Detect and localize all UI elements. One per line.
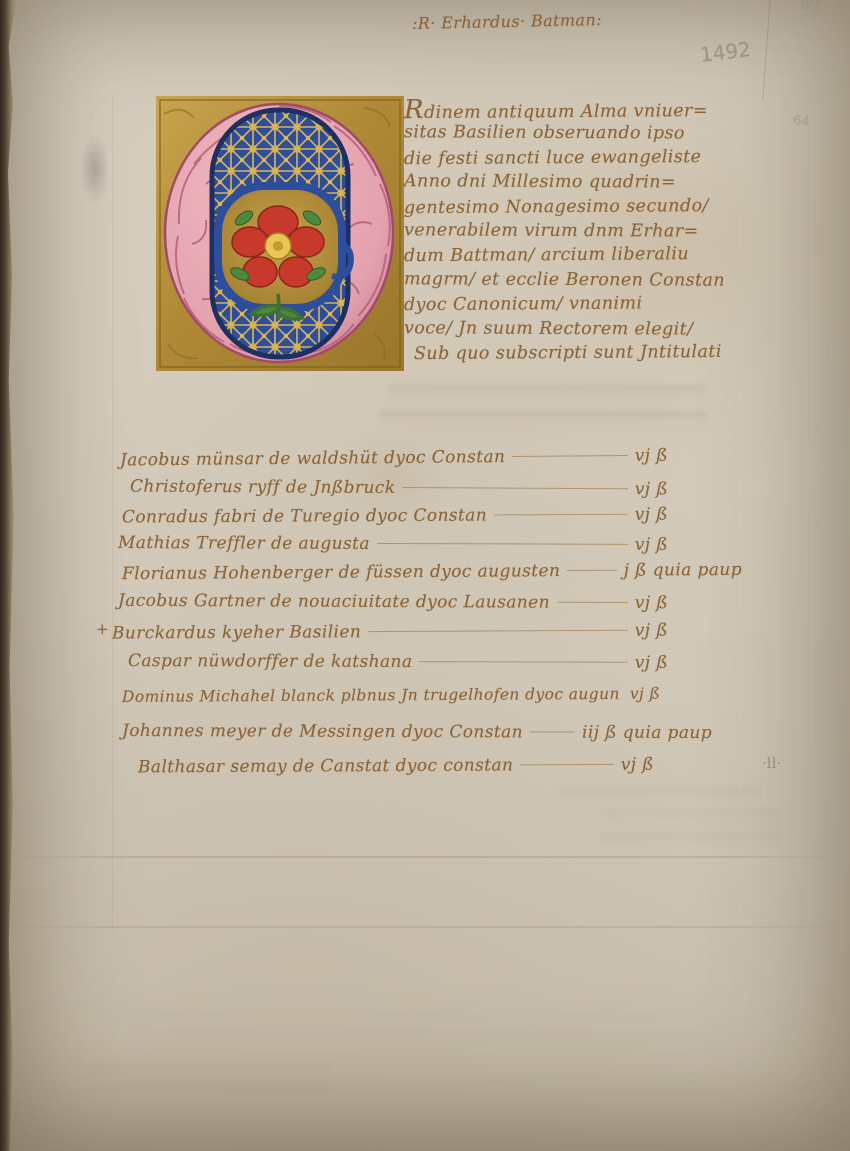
student-name: Florianus Hohenberger de füssen dyoc aug… [122, 561, 560, 584]
fee-leader-line [530, 731, 575, 732]
fee-leader-line [419, 661, 627, 663]
student-name: Christoferus ryff de Jnßbruck [130, 477, 396, 498]
fee-leader-line [368, 630, 628, 632]
fee-amount: iij ß quia paup [582, 723, 712, 743]
manuscript-page: :R· Erhardus· Batman: 1492 89 64 [0, 0, 850, 1151]
student-name: Jacobus Gartner de nouaciuitate dyoc Lau… [118, 591, 550, 613]
fee-amount: vj ß [635, 535, 668, 555]
register-row: Conradus fabri de Turegio dyoc Constan v… [122, 505, 668, 534]
illuminated-initial-O [154, 94, 406, 373]
fee-amount: vj ß [635, 593, 668, 613]
paragraph-line: dum Battman/ arcium liberaliu [404, 242, 734, 269]
crease-line [0, 926, 850, 928]
register-row: Balthasar semay de Canstat dyoc constan … [138, 755, 654, 784]
pencil-year-annotation: 1492 [699, 37, 752, 67]
grey-smudge [80, 133, 110, 205]
margin-bottom-mark: ·ll· [762, 754, 781, 772]
fee-leader-line [512, 455, 627, 457]
fee-leader-line [494, 514, 628, 516]
margin-ruling [112, 95, 113, 930]
paragraph-line: magrm/ et ecclie Beronen Constan [404, 267, 734, 293]
fee-leader-line [567, 570, 616, 571]
register-row: Burckardus kyeher Basilien vj ß [112, 621, 668, 650]
register-row: Johannes meyer de Messingen dyoc Constan… [122, 721, 712, 749]
student-name: Burckardus kyeher Basilien [112, 622, 361, 643]
register-row: Florianus Hohenberger de füssen dyoc aug… [122, 560, 742, 590]
register-row: Jacobus münsar de waldshüt dyoc Constan … [120, 446, 668, 477]
paragraph-block: Rdinem antiquum Alma vniuer= sitas Basil… [404, 97, 734, 365]
book-edge [0, 0, 16, 1151]
fee-amount: j ß quia paup [624, 560, 742, 581]
fee-leader-line [557, 602, 628, 603]
margin-cross-mark: + [96, 620, 109, 638]
register-row: Caspar nüwdorffer de katshana vj ß [128, 651, 668, 679]
student-name: Jacobus münsar de waldshüt dyoc Constan [120, 447, 506, 470]
bleed-through-text [378, 410, 708, 432]
paragraph-line: sitas Basilien obseruando ipso [404, 121, 734, 147]
student-name: Dominus Michahel blanck plbnus Jn trugel… [122, 685, 620, 706]
student-name: Mathias Treffler de augusta [118, 533, 370, 554]
student-name: Johannes meyer de Messingen dyoc Constan [122, 721, 523, 742]
paragraph-line: gentesimo Nonagesimo secundo/ [404, 193, 734, 220]
crease-line [0, 856, 850, 858]
fee-amount: vj ß [635, 505, 668, 525]
student-name: Conradus fabri de Turegio dyoc Constan [122, 506, 487, 528]
bleed-through-text [600, 808, 780, 848]
paragraph-line: voce/ Jn suum Rectorem elegit/ [404, 316, 734, 342]
fee-amount: vj ß [635, 621, 668, 641]
fee-amount: vj ß [635, 446, 668, 466]
fee-amount: vj ß [635, 479, 668, 499]
student-name: Balthasar semay de Canstat dyoc constan [138, 755, 513, 777]
bleed-through-text [388, 384, 708, 404]
fee-leader-line [402, 487, 627, 489]
fee-amount: vj ß [621, 755, 654, 775]
paragraph-line: dyoc Canonicum/ vnanimi [404, 291, 734, 318]
pencil-corner-number: 89 [800, 0, 820, 13]
register-row: Christoferus ryff de Jnßbruck vj ß [130, 477, 668, 506]
register-row: Jacobus Gartner de nouaciuitate dyoc Lau… [118, 591, 668, 619]
bleed-through-text [560, 786, 760, 802]
student-name: Caspar nüwdorffer de katshana [128, 651, 412, 672]
pencil-folio-number: 64 [792, 113, 810, 130]
fee-amount: vj ß [635, 653, 668, 673]
fee-leader-line [377, 543, 628, 545]
register-row: Dominus Michahel blanck plbnus Jn trugel… [122, 684, 738, 714]
fee-amount: vj ß [630, 685, 661, 703]
register-row: Mathias Treffler de augusta vj ß [118, 533, 668, 561]
paragraph-line: die festi sancti luce ewangeliste [404, 145, 734, 172]
illuminated-initial-artwork [154, 94, 406, 373]
fee-leader-line [520, 764, 613, 765]
header-inscription: :R· Erhardus· Batman: [412, 10, 602, 33]
bleed-through-text [90, 1062, 330, 1092]
paragraph-line: Sub quo subscripti sunt Jntitulati [404, 340, 734, 367]
crease-top-right [763, 0, 771, 100]
paragraph-line: Rdinem antiquum Alma vniuer= [404, 96, 734, 123]
paragraph-line: venerabilem virum dnm Erhar= [404, 218, 734, 244]
paragraph-line: Anno dni Millesimo quadrin= [404, 169, 734, 195]
